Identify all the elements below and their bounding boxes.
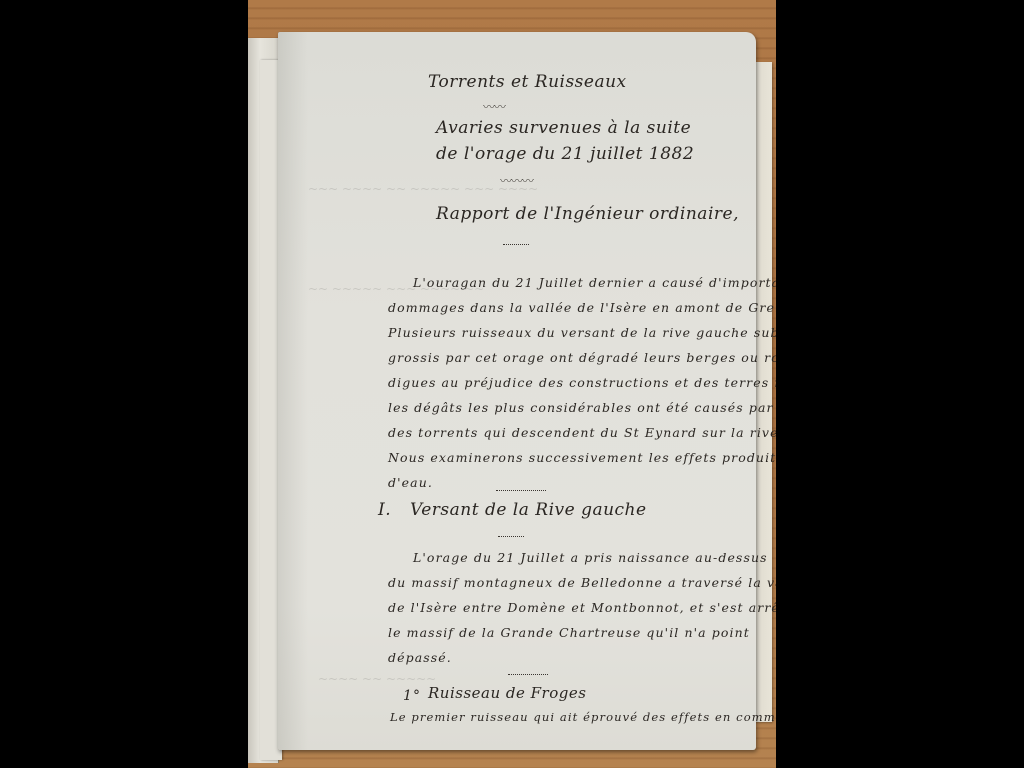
paragraph-line: de l'Isère entre Domène et Montbonnot, e… (388, 600, 776, 615)
paragraph-line: grossis par cet orage ont dégradé leurs … (388, 350, 776, 365)
subsection-title: Ruisseau de Froges (428, 684, 586, 702)
section-separator (496, 490, 546, 491)
paragraph-line: dépassé. (388, 650, 452, 665)
paragraph-line: L'orage du 21 Juillet a pris naissance a… (413, 550, 768, 565)
section-title: Versant de la Rive gauche (410, 500, 647, 520)
subtitle-line-2: de l'orage du 21 juillet 1882 (436, 144, 694, 164)
paragraph-line: L'ouragan du 21 Juillet dernier a causé … (413, 275, 776, 290)
report-title: Rapport de l'Ingénieur ordinaire, (436, 204, 739, 224)
paragraph-line: Nous examinerons successivement les effe… (388, 450, 776, 465)
paragraph-line: Le premier ruisseau qui ait éprouvé des … (390, 710, 776, 724)
section-number: I. (378, 500, 391, 520)
paragraph-line: le massif de la Grande Chartreuse qu'il … (388, 625, 750, 640)
paragraph-line: d'eau. (388, 475, 433, 490)
section-title-underline (498, 536, 524, 537)
report-title-underline (503, 244, 529, 245)
subtitle-flourish: 〰〰〰 (500, 172, 533, 189)
paragraph-line: des torrents qui descendent du St Eynard… (388, 425, 776, 440)
paragraph-line: du massif montagneux de Belledonne a tra… (388, 575, 776, 590)
letterbox-right (776, 0, 1024, 768)
subsection-number: 1° (403, 688, 421, 704)
document-photo: ~~~ ~~~~ ~~ ~~~~~ ~~~ ~~~~ ~~ ~~~~~ ~~~ … (248, 0, 776, 768)
title-flourish: 〰〰 (483, 98, 505, 115)
paragraph-line: les dégâts les plus considérables ont ét… (388, 400, 776, 415)
paragraph-line: Plusieurs ruisseaux du versant de la riv… (388, 325, 776, 340)
letterbox-left (0, 0, 248, 768)
paragraph-line: dommages dans la vallée de l'Isère en am… (388, 300, 776, 315)
bleed-through-text: ~~~~ ~~ ~~~~~ (318, 672, 436, 686)
subsection-separator (508, 674, 548, 675)
page-shadow (278, 32, 308, 750)
document-title: Torrents et Ruisseaux (428, 72, 627, 92)
paragraph-line: digues au préjudice des constructions et… (388, 375, 776, 390)
subtitle-line-1: Avaries survenues à la suite (436, 118, 691, 138)
manuscript-page: ~~~ ~~~~ ~~ ~~~~~ ~~~ ~~~~ ~~ ~~~~~ ~~~ … (278, 32, 756, 750)
